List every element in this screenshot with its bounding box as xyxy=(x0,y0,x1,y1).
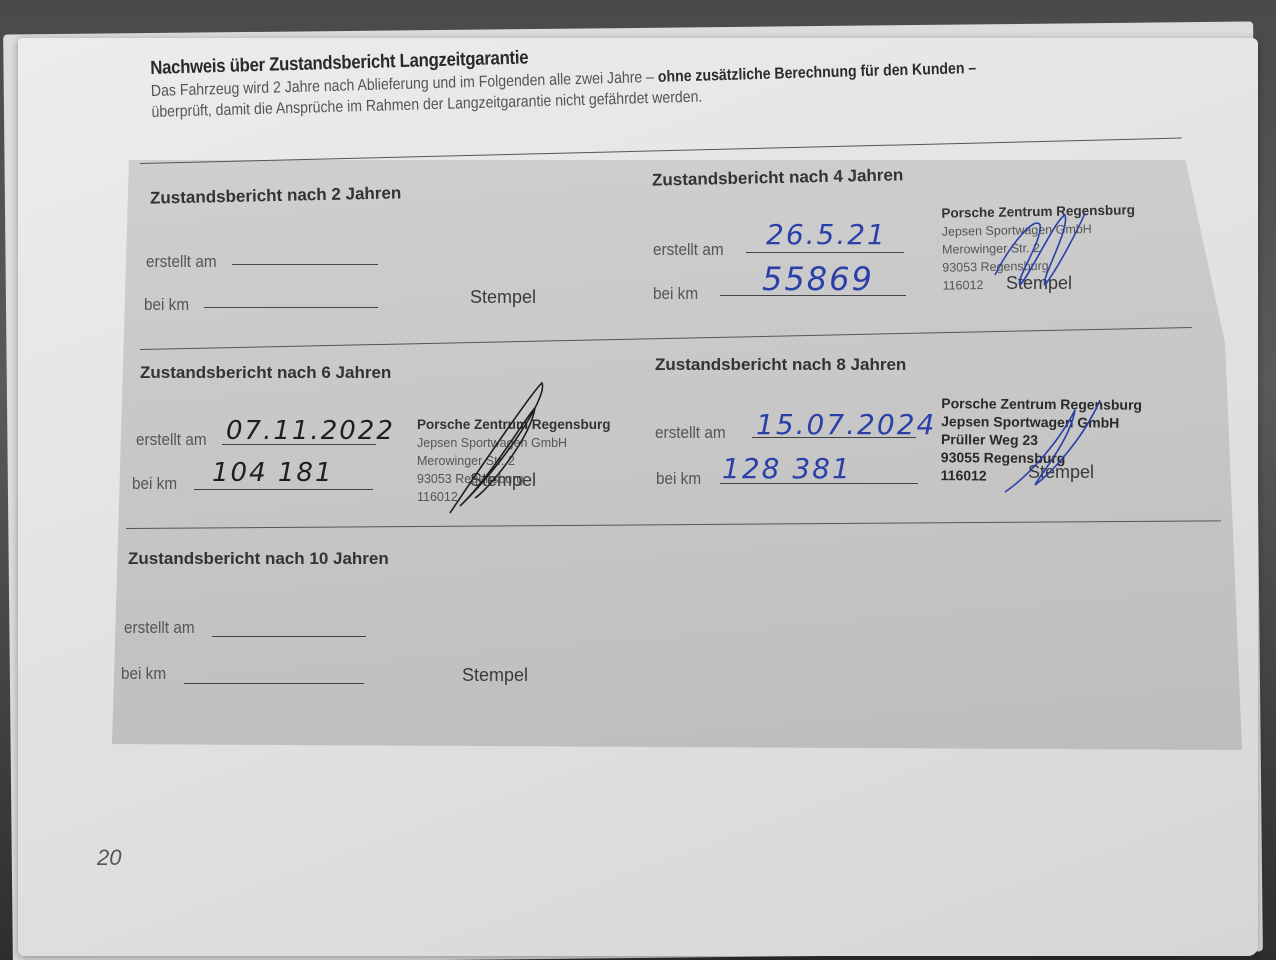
km-label: bei km xyxy=(121,664,166,684)
created-on-label: erstellt am xyxy=(124,618,195,638)
km-field[interactable] xyxy=(204,307,378,308)
km-label: bei km xyxy=(132,474,177,494)
date-field[interactable] xyxy=(232,264,378,265)
stamp-label: Stempel xyxy=(1006,273,1072,294)
handwritten-date: 07.11.2022 xyxy=(226,416,395,446)
created-on-label: erstellt am xyxy=(146,252,217,272)
document-header: Nachweis über Zustandsbericht Langzeitga… xyxy=(150,30,1161,122)
handwritten-date: 26.5.21 xyxy=(766,218,887,251)
page-number: 20 xyxy=(97,845,121,871)
created-on-label: erstellt am xyxy=(655,423,726,443)
km-label: bei km xyxy=(656,469,701,489)
stamp-label: Stempel xyxy=(470,287,536,308)
km-field[interactable] xyxy=(194,489,373,490)
report-title: Zustandsbericht nach 10 Jahren xyxy=(128,549,389,569)
created-on-label: erstellt am xyxy=(653,240,724,260)
date-field[interactable] xyxy=(746,252,904,253)
dealer-stamp: Porsche Zentrum Regensburg Jepsen Sportw… xyxy=(417,416,611,506)
km-label: bei km xyxy=(653,284,698,304)
km-label: bei km xyxy=(144,295,189,315)
warranty-sheet: Nachweis über Zustandsbericht Langzeitga… xyxy=(0,0,1276,960)
handwritten-km: 55869 xyxy=(762,260,874,298)
km-field[interactable] xyxy=(184,683,364,684)
stamp-label: Stempel xyxy=(462,665,528,686)
handwritten-date: 15.07.2024 xyxy=(756,408,936,441)
stamp-label: Stempel xyxy=(470,470,536,491)
report-title: Zustandsbericht nach 6 Jahren xyxy=(140,363,391,383)
date-field[interactable] xyxy=(212,636,366,637)
created-on-label: erstellt am xyxy=(136,430,207,450)
handwritten-km: 128 381 xyxy=(722,452,852,485)
report-title: Zustandsbericht nach 8 Jahren xyxy=(655,355,906,375)
stamp-label: Stempel xyxy=(1028,462,1094,483)
handwritten-km: 104 181 xyxy=(212,458,334,488)
